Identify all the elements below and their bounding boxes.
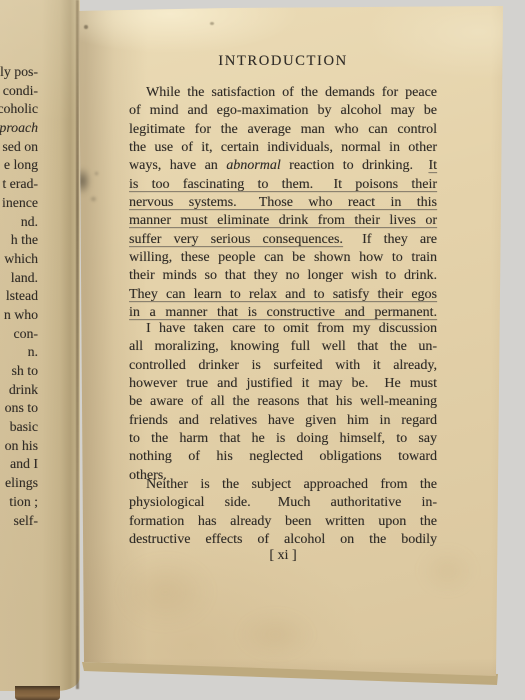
left-page-text-fragment: h the: [0, 231, 39, 250]
text-line: friends and relatives have given him in …: [129, 412, 437, 430]
body-text: ways, have an: [129, 158, 226, 173]
body-text: nd.: [21, 213, 38, 232]
body-text: sed on: [2, 138, 38, 157]
left-page-text-fragment: proach: [0, 119, 39, 138]
body-text: Neither is the subject approached from t…: [146, 477, 437, 492]
body-text: physiological side. Much authoritative i…: [129, 495, 437, 510]
body-text: land.: [11, 269, 38, 288]
text-line: all moralizing, knowing full well that t…: [129, 338, 437, 356]
body-text: sh to: [12, 362, 38, 381]
body-text: If they are: [343, 232, 437, 247]
body-text: on his: [5, 437, 38, 456]
text-line: willing, these people can be shown how t…: [129, 249, 437, 267]
paragraph-3: Neither is the subject approached from t…: [129, 476, 437, 549]
left-page-text-fragment: tion ;: [0, 493, 39, 512]
body-text: and I: [10, 455, 38, 474]
text-line: however true and justified it may be. He…: [129, 375, 437, 393]
body-text: lstead: [6, 287, 38, 306]
left-page-text-fragment: coholic: [0, 100, 39, 119]
text-line: their minds so that they no longer wish …: [129, 267, 437, 285]
text-line: suffer very serious consequences. If the…: [129, 231, 437, 249]
body-text: friends and relatives have given him in …: [129, 413, 437, 428]
body-text: nothing of his neglected obligations tow…: [129, 449, 437, 464]
pencil-underlined-text: manner must eliminate drink from their l…: [129, 213, 437, 228]
text-line: They can learn to relax and to satisfy t…: [129, 286, 437, 304]
left-page-text-fragment: drink: [0, 381, 39, 400]
dirt-speck: [84, 25, 88, 29]
body-text: basic: [10, 418, 38, 437]
text-line: the use of it, certain individuals, norm…: [129, 139, 437, 157]
body-text: inence: [2, 194, 38, 213]
text-line: While the satisfaction of the demands fo…: [129, 84, 437, 102]
body-text: n who: [4, 306, 38, 325]
left-page-text-fragment: ons to: [0, 399, 39, 418]
left-page-text-fragment: basic: [0, 418, 39, 437]
book-photo: ly pos-condi-coholicproachsed one longt …: [0, 0, 525, 700]
body-text: of mind and ego-maximation by alcohol ma…: [129, 103, 437, 118]
left-page-text-fragment: inence: [0, 194, 39, 213]
left-page-text-fragment: con-: [0, 325, 39, 344]
text-line: I have taken care to omit from my discus…: [129, 320, 437, 338]
body-text: con-: [13, 325, 38, 344]
text-line: nervous systems. Those who react in this: [129, 194, 437, 212]
gutter-crease: [76, 0, 79, 689]
body-text: their minds so that they no longer wish …: [129, 268, 437, 283]
text-line: nothing of his neglected obligations tow…: [129, 448, 437, 466]
pencil-underlined-text: is too fascinating to them. It poisons t…: [129, 177, 437, 192]
left-page-text-fragment: e long: [0, 156, 39, 175]
text-line: is too fascinating to them. It poisons t…: [129, 176, 437, 194]
paragraph-1: While the satisfaction of the demands fo…: [129, 84, 437, 322]
body-text: elings: [5, 474, 38, 493]
text-line: to the harm that he is doing himself, to…: [129, 430, 437, 448]
left-page-text-fragment: n.: [0, 343, 39, 362]
left-page-text-fragment: elings: [0, 474, 39, 493]
body-text: reaction to drinking.: [281, 158, 429, 173]
smudge-speck: [94, 171, 99, 176]
text-line: Neither is the subject approached from t…: [129, 476, 437, 494]
body-text: e long: [4, 156, 38, 175]
foxing-stain: [118, 556, 213, 628]
body-text: tion ;: [9, 493, 38, 512]
left-page-text-fragment: lstead: [0, 287, 39, 306]
body-text: controlled drinker is surfeited with it …: [129, 358, 437, 373]
body-text: legitimate for the average man who can c…: [129, 122, 437, 137]
body-text: which: [4, 250, 38, 269]
left-page-text-fragment: condi-: [0, 82, 39, 101]
page-number: [ xi ]: [129, 548, 437, 564]
dirt-speck: [210, 22, 214, 25]
pencil-underlined-text: suffer very serious consequences.: [129, 232, 343, 247]
pencil-underlined-text: in a manner that is constructive and per…: [129, 305, 437, 320]
left-page-text-fragment: t erad-: [0, 175, 39, 194]
left-page-text-fragment: ly pos-: [0, 63, 39, 82]
chapter-heading: INTRODUCTION: [129, 53, 437, 70]
body-text: n.: [28, 343, 38, 362]
text-line: physiological side. Much authoritative i…: [129, 494, 437, 512]
body-text: While the satisfaction of the demands fo…: [146, 85, 437, 100]
body-text: to the harm that he is doing himself, to…: [129, 431, 437, 446]
body-text: however true and justified it may be. He…: [129, 376, 437, 391]
smudge-speck: [90, 196, 97, 202]
book-cover-edge: [15, 686, 60, 700]
body-text: I have taken care to omit from my discus…: [146, 321, 437, 336]
text-line: manner must eliminate drink from their l…: [129, 212, 437, 230]
body-text: coholic: [0, 100, 38, 119]
left-page-text-fragment: on his: [0, 437, 39, 456]
left-page-text-fragment: land.: [0, 269, 39, 288]
left-page-text-column: ly pos-condi-coholicproachsed one longt …: [0, 63, 39, 530]
body-text: condi-: [3, 82, 38, 101]
body-text: formation has already been written upon …: [129, 514, 437, 529]
pencil-underlined-text: It: [428, 158, 437, 173]
body-text: h the: [11, 231, 38, 250]
italic-text: proach: [0, 119, 38, 138]
italic-text: abnormal: [226, 158, 280, 173]
text-line: of mind and ego-maximation by alcohol ma…: [129, 102, 437, 120]
left-page: ly pos-condi-coholicproachsed one longt …: [0, 0, 80, 691]
text-line: be aware of all the reasons that his wel…: [129, 393, 437, 411]
left-page-text-fragment: nd.: [0, 213, 39, 232]
left-page-text-fragment: sh to: [0, 362, 39, 381]
body-text: be aware of all the reasons that his wel…: [129, 394, 437, 409]
text-line: controlled drinker is surfeited with it …: [129, 357, 437, 375]
body-text: self-: [13, 512, 38, 531]
left-page-text-fragment: self-: [0, 512, 39, 531]
text-line: formation has already been written upon …: [129, 513, 437, 531]
body-text: ons to: [5, 399, 38, 418]
body-text: the use of it, certain individuals, norm…: [129, 140, 437, 155]
body-text: t erad-: [2, 175, 38, 194]
body-text: willing, these people can be shown how t…: [129, 250, 437, 265]
text-line: destructive effects of alcohol on the bo…: [129, 531, 437, 549]
left-page-text-fragment: and I: [0, 455, 39, 474]
body-text: ly pos-: [0, 63, 38, 82]
body-text: all moralizing, knowing full well that t…: [129, 339, 437, 354]
text-line: ways, have an abnormal reaction to drink…: [129, 157, 437, 175]
pencil-underlined-text: nervous systems. Those who react in this: [129, 195, 437, 210]
left-page-text-fragment: which: [0, 250, 39, 269]
text-line: legitimate for the average man who can c…: [129, 121, 437, 139]
left-page-text-fragment: sed on: [0, 138, 39, 157]
foxing-stain: [238, 612, 313, 657]
pencil-underlined-text: They can learn to relax and to satisfy t…: [129, 287, 437, 302]
left-page-text-fragment: n who: [0, 306, 39, 325]
body-text: drink: [9, 381, 38, 400]
paragraph-2: I have taken care to omit from my discus…: [129, 320, 437, 485]
body-text: destructive effects of alcohol on the bo…: [129, 532, 437, 547]
